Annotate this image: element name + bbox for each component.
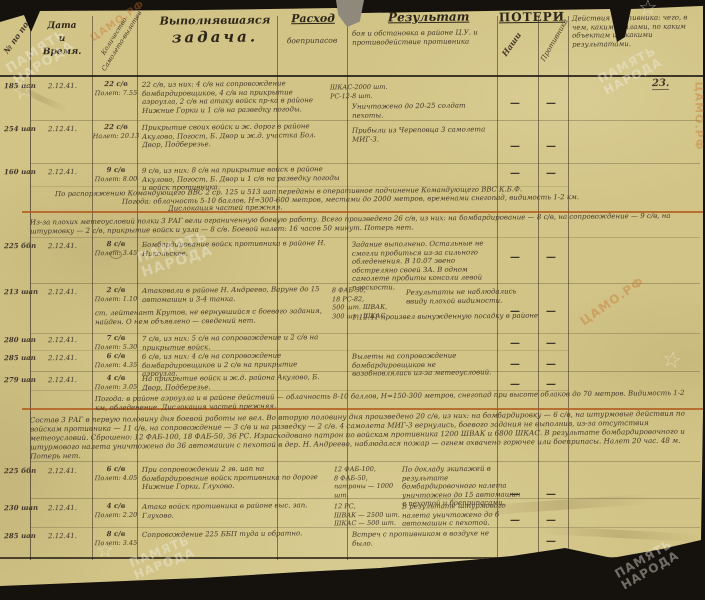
unit-cell: 279 иап <box>4 376 46 385</box>
flight-time: Полет: 4.35 <box>92 361 140 370</box>
sorties-cell: 22 с/в <box>94 123 138 132</box>
sorties-cell: 8 с/в <box>94 240 138 249</box>
sorties-cell: 6 с/в <box>94 465 138 474</box>
flight-time: Налет: 20.13 <box>92 132 140 141</box>
paper-stain <box>110 250 122 259</box>
date-cell: 2.12.41. <box>48 504 92 513</box>
task-cell: 7 с/в, из них: 5 с/в на сопровождение и … <box>142 333 342 352</box>
result-cell: Задание выполнено. Остальные не смогли п… <box>352 239 497 292</box>
unit-cell: 225 ббп <box>4 467 46 476</box>
flight-time: Полет: 7.55 <box>92 89 140 98</box>
result-cell: Результаты не наблюдались ввиду плохой в… <box>406 287 526 305</box>
date-cell: 2.12.41. <box>48 82 92 91</box>
loss-ours-dash: — <box>510 359 520 370</box>
loss-ours-dash: — <box>510 168 520 179</box>
unit-cell: 160 иап <box>4 168 46 177</box>
loss-ours-dash: — <box>510 98 520 109</box>
date-cell: 2.12.41. <box>48 288 92 297</box>
loss-enemy-dash: — <box>546 489 556 500</box>
unit-cell: 285 иап <box>4 354 46 363</box>
date-cell: 2.12.41. <box>48 242 92 251</box>
header-losses-column: ПОТЕРИ <box>497 13 567 22</box>
task-cell: Атака войск противника в районе выс. зап… <box>142 501 330 520</box>
unit-cell: 280 иап <box>4 336 46 345</box>
row-separator <box>30 461 700 462</box>
result-cell: Встреч с противником в воздухе не было. <box>352 529 496 548</box>
column-line <box>538 16 539 560</box>
unit-cell: 225 ббп <box>4 242 46 251</box>
ammo-cell: 12 РС, ШВАК — 2500 шт. ШКАС — 500 шт. <box>334 502 400 528</box>
loss-ours-dash: — <box>510 252 520 263</box>
flight-time: Полет: 2.20 <box>92 511 140 520</box>
sorties-cell: 4 с/в <box>94 502 138 511</box>
flight-time: Полет: 1.10 <box>92 295 140 304</box>
star-icon: ☆ <box>638 0 658 21</box>
date-cell: 2.12.41. <box>48 336 92 345</box>
header-expend-column-line1: Расход <box>282 15 344 24</box>
unit-cell: 285 иап <box>4 532 46 541</box>
watermark-tsamo: ЦАМО.РФ <box>693 81 705 150</box>
loss-ours-dash: — <box>510 338 520 349</box>
task-cell: При сопровождении 2 гв. иап на бомбардир… <box>142 464 330 492</box>
date-cell: 2.12.41. <box>48 168 92 177</box>
result-cell: Уничтожено до 20-25 солдат пехоты. <box>352 101 496 120</box>
loss-enemy-dash: — <box>546 379 556 390</box>
task-cell: Прикрытие своих войск и ж. дорог в район… <box>142 122 328 150</box>
unit-cell: 254 иап <box>4 125 46 134</box>
task-cell: Атаковали в районе Н. Андреево, Варуне д… <box>142 285 328 304</box>
ammo-cell: 12 ФАБ-100, 8 ФАБ-50, патроны — 1000 шт. <box>334 465 400 500</box>
task-cell: 22 с/в, из них: 4 с/в на сопровождение б… <box>142 79 328 115</box>
header-result-column-sub: боя и обстановка в районе Ц.У. и противо… <box>352 28 496 47</box>
loss-enemy-dash: — <box>546 536 556 547</box>
date-cell: 2.12.41. <box>48 532 92 541</box>
header-result-column-title: Результат <box>388 13 469 22</box>
row-separator <box>30 120 700 121</box>
loss-enemy-dash: — <box>546 252 556 263</box>
header-task-column-line2: задача. <box>150 32 280 42</box>
unit-cell: 213 шап <box>4 288 46 297</box>
header-losses-enemy: Противника <box>539 18 570 63</box>
star-icon: ☆ <box>96 538 114 562</box>
loss-enemy-dash: — <box>546 168 556 179</box>
loss-enemy-dash: — <box>546 359 556 370</box>
sorties-cell: 4 с/в <box>94 374 138 383</box>
note-summary-2: Состав 3 РАГ в первую половину дня боево… <box>30 408 700 460</box>
note-missing-pilot: ст. лейтенант Крутов, не вернувшийся с б… <box>95 307 345 327</box>
header-enemy-actions-column: Действия противника: чего, в чем, какими… <box>572 13 698 49</box>
sorties-cell: 6 с/в <box>94 352 138 361</box>
header-expend-column-line2: боеприпасов <box>279 37 345 46</box>
loss-ours-dash: — <box>510 379 520 390</box>
date-cell: 2.12.41. <box>48 376 92 385</box>
flight-time: Полет: 4.05 <box>92 474 140 483</box>
paper-crease <box>540 526 700 542</box>
sorties-cell: 2 с/в <box>94 286 138 295</box>
loss-ours-dash: — <box>510 489 520 500</box>
flight-time: Полет: 8.00 <box>92 175 140 184</box>
note-summary-1: Из-за плохих метеоусловий полки 3 РАГ ве… <box>30 212 698 236</box>
sorties-cell: 7 с/в <box>94 334 138 343</box>
unit-cell: 230 шап <box>4 504 46 513</box>
sorties-cell: 22 с/в <box>94 80 138 89</box>
column-line <box>568 16 569 560</box>
header-task-column-line1: Выполнявшаяся <box>150 16 280 26</box>
header-losses-ours: Наши <box>500 31 523 58</box>
scan-background: № по пор. Дата и Время. Количество Самол… <box>0 0 705 600</box>
task-cell: На прикрытие войск и ж.д. района Акулово… <box>142 373 328 392</box>
flight-time: Полет: 3.05 <box>92 383 140 392</box>
result-cell: Вылеты на сопровождение бомбардировщиков… <box>352 351 496 378</box>
loss-enemy-dash: — <box>546 515 556 526</box>
loss-enemy-dash: — <box>546 98 556 109</box>
sorties-cell: 9 с/в <box>94 166 138 175</box>
loss-ours-dash: — <box>510 141 520 152</box>
page-number: 23. <box>652 80 670 90</box>
row-separator <box>30 237 700 238</box>
date-cell: 2.12.41. <box>48 125 92 134</box>
ammo-cell: ШКАС-2000 шт. РС-12-8 шт. <box>330 83 396 101</box>
date-cell: 2.12.41. <box>48 467 92 476</box>
result-cell: Прибыли из Череповца 3 самолета МИГ-3. <box>352 125 496 144</box>
loss-enemy-dash: — <box>546 338 556 349</box>
loss-enemy-dash: — <box>546 141 556 152</box>
loss-ours-dash: — <box>510 515 520 526</box>
row-separator <box>30 163 700 164</box>
date-cell: 2.12.41. <box>48 354 92 363</box>
